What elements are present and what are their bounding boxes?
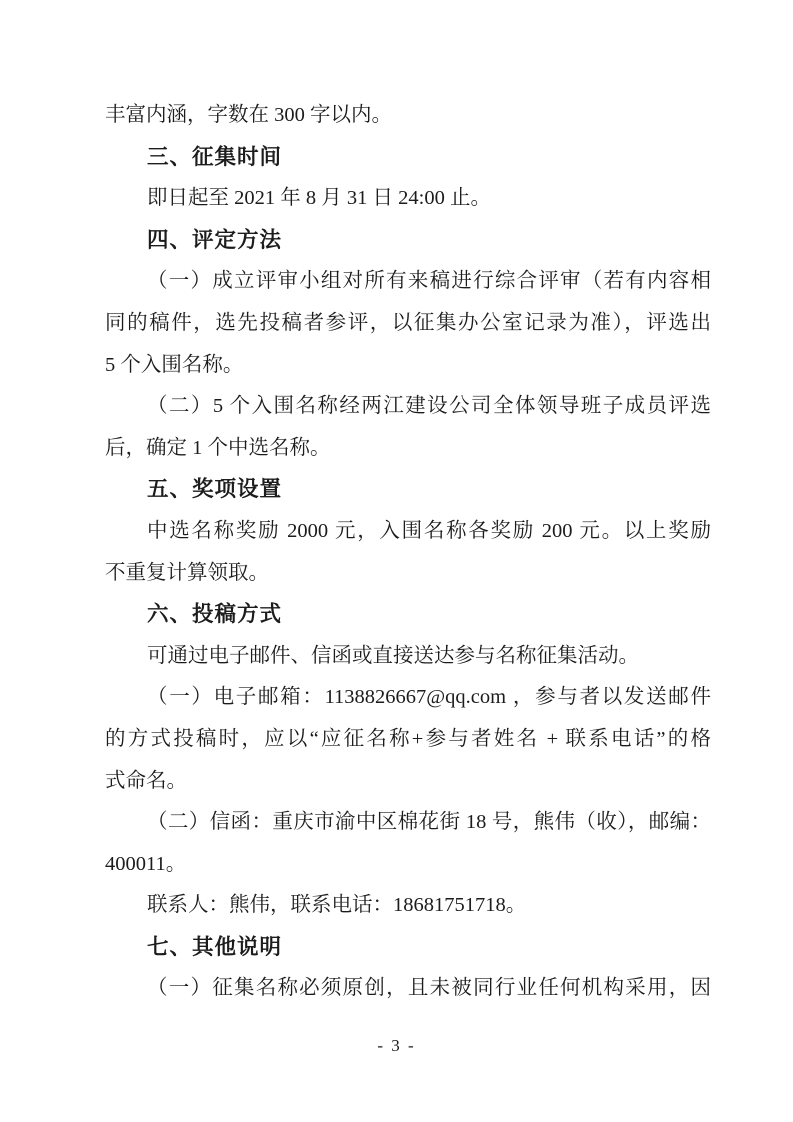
text-line: （二）5 个入围名称经两江建设公司全体领导班子成员评选 — [105, 386, 711, 428]
text-line: 式命名。 — [105, 761, 711, 803]
text-line: （一）征集名称必须原创，且未被同行业任何机构采用，因 — [105, 968, 711, 1010]
text-line: 同的稿件，选先投稿者参评，以征集办公室记录为准），评选出 — [105, 303, 711, 345]
section-heading: 四、评定方法 — [105, 220, 711, 262]
section-heading: 三、征集时间 — [105, 137, 711, 179]
text-line: 不重复计算领取。 — [105, 553, 711, 595]
text-line: 中选名称奖励 2000 元，入围名称各奖励 200 元。以上奖励 — [105, 511, 711, 553]
text-line: 5 个入围名称。 — [105, 345, 711, 387]
document-page: 丰富内涵，字数在 300 字以内。三、征集时间即日起至 2021 年 8 月 3… — [0, 0, 793, 1122]
text-line: （一）成立评审小组对所有来稿进行综合评审（若有内容相 — [105, 261, 711, 303]
document-body: 丰富内涵，字数在 300 字以内。三、征集时间即日起至 2021 年 8 月 3… — [105, 95, 711, 1010]
section-heading: 七、其他说明 — [105, 927, 711, 969]
text-line: 400011。 — [105, 844, 711, 886]
text-line: （一）电子邮箱：1138826667@qq.com ，参与者以发送邮件 — [105, 677, 711, 719]
section-heading: 五、奖项设置 — [105, 469, 711, 511]
text-line: 的方式投稿时，应以“应征名称+参与者姓名 + 联系电话”的格 — [105, 719, 711, 761]
text-line: 可通过电子邮件、信函或直接送达参与名称征集活动。 — [105, 636, 711, 678]
text-line: （二）信函：重庆市渝中区棉花街 18 号，熊伟（收），邮编： — [105, 802, 711, 844]
text-line: 后，确定 1 个中选名称。 — [105, 428, 711, 470]
page-number: - 3 - — [0, 1036, 793, 1056]
text-line: 联系人：熊伟，联系电话：18681751718。 — [105, 885, 711, 927]
text-line: 丰富内涵，字数在 300 字以内。 — [105, 95, 711, 137]
section-heading: 六、投稿方式 — [105, 594, 711, 636]
text-line: 即日起至 2021 年 8 月 31 日 24:00 止。 — [105, 178, 711, 220]
